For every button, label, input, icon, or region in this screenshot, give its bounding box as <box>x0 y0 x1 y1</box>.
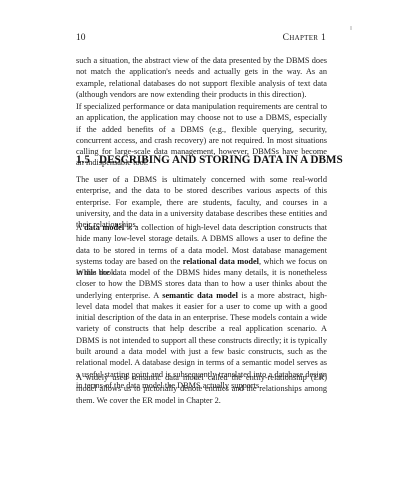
scan-artifact <box>350 26 352 30</box>
section-heading: 1.5DESCRIBING AND STORING DATA IN A DBMS <box>76 154 336 166</box>
running-header: 10 Chapter 1 <box>76 33 326 47</box>
book-page: 10 Chapter 1 such a situation, the abstr… <box>0 0 408 480</box>
term-relational-data-model: relational data model <box>183 257 259 266</box>
section-title: DESCRIBING AND STORING DATA IN A DBMS <box>99 154 343 166</box>
paragraph-6: A widely used semantic data model called… <box>76 372 327 406</box>
paragraph-text: A widely used semantic data model called… <box>76 372 327 406</box>
term-data-model: data model <box>84 223 124 232</box>
term-semantic-data-model: semantic data model <box>162 291 238 300</box>
chapter-label: Chapter 1 <box>283 33 326 43</box>
paragraph-1: such a situation, the abstract view of t… <box>76 55 327 100</box>
paragraph-text: such a situation, the abstract view of t… <box>76 55 327 100</box>
page-number: 10 <box>76 33 86 43</box>
text-run: A <box>76 223 84 232</box>
section-number: 1.5 <box>76 154 99 166</box>
